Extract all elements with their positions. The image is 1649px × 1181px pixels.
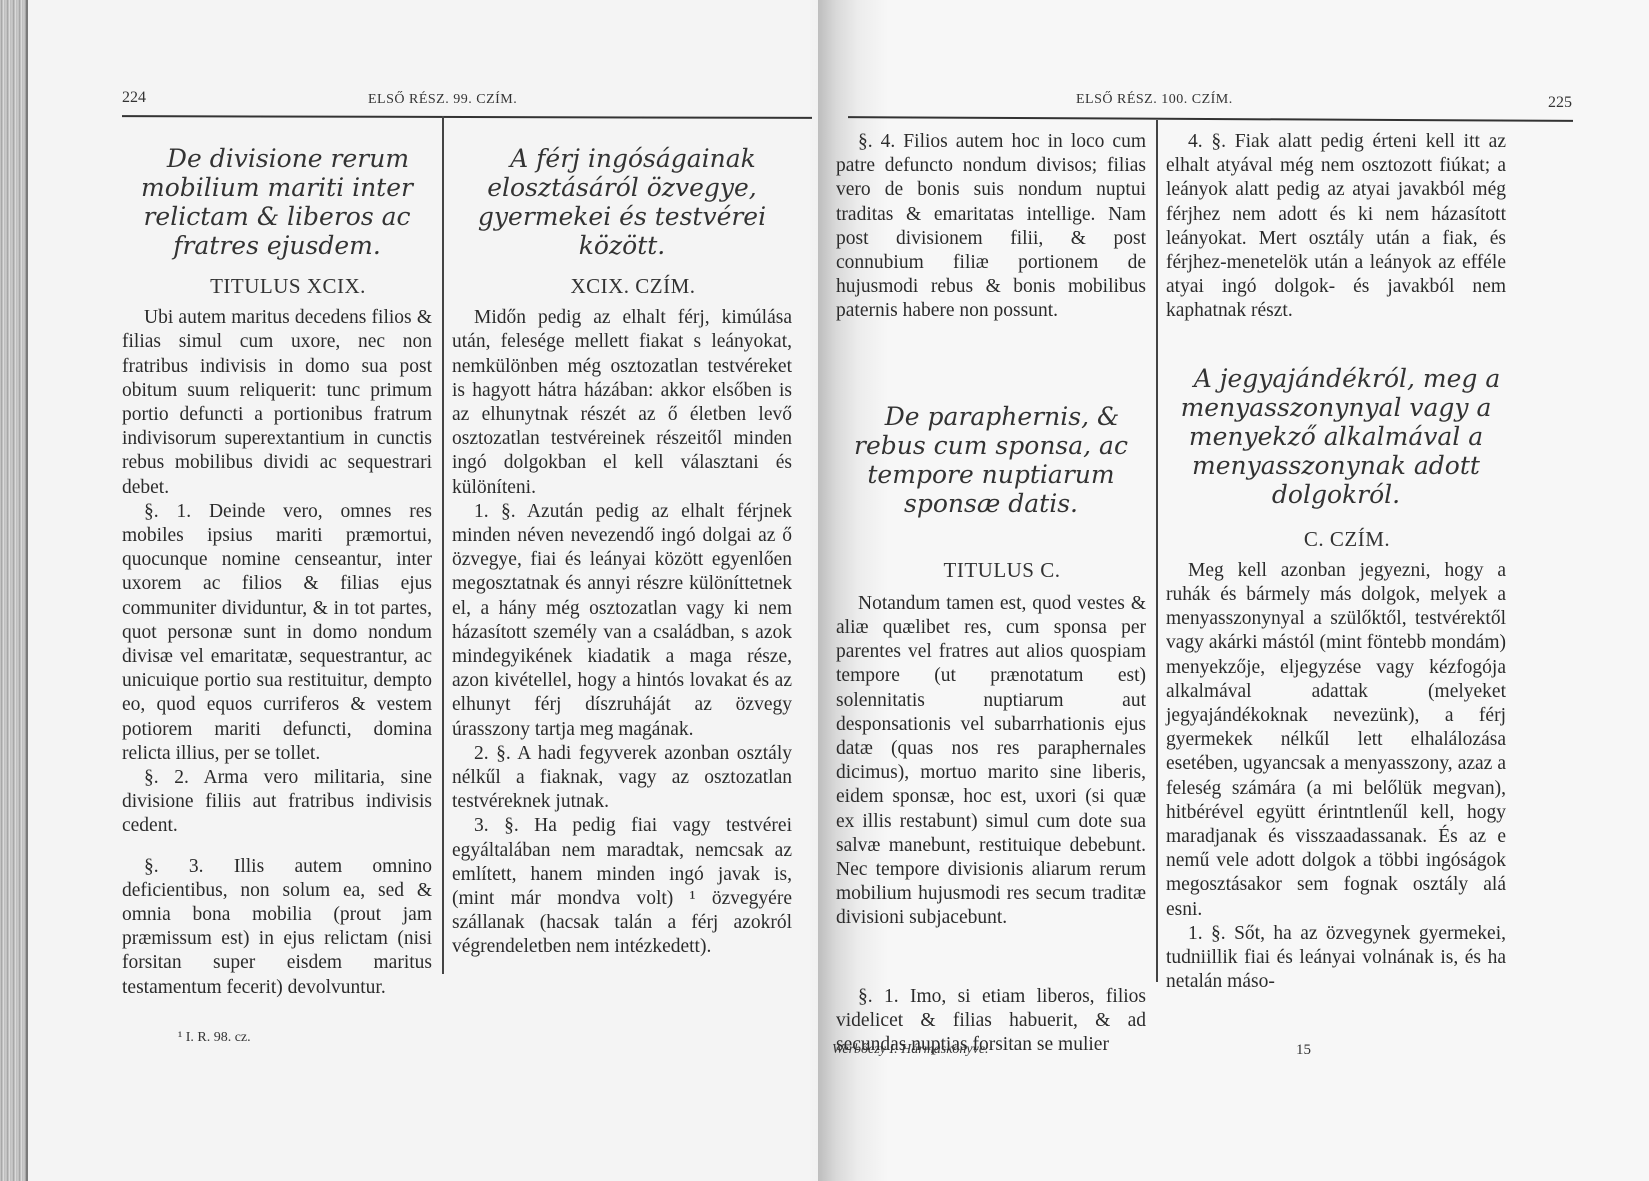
paragraph: §. 1. Deinde vero, omnes res mobiles ips… [122, 500, 432, 766]
czim-label: C. CZÍM. [1166, 527, 1506, 551]
paragraph: 3. §. Ha pedig fiai vagy testvérei egyál… [452, 814, 792, 959]
czim-label: XCIX. CZÍM. [452, 274, 792, 298]
paragraph: 1. §. Azután pedig az elhalt férjnek min… [452, 500, 792, 742]
page-number-left: 224 [122, 89, 146, 107]
hungarian-column-right: 4. §. Fiak alatt pedig érteni kell itt a… [1166, 130, 1506, 994]
paragraph: §. 2. Arma vero militaria, sine division… [122, 766, 432, 839]
paragraph: Meg kell azonban jegyezni, hogy a ruhák … [1166, 559, 1506, 922]
section-heading-latin: De divisione rerum mobilium mariti inter… [122, 144, 432, 260]
paragraph: 2. §. A hadi fegyverek azonban osztály n… [452, 742, 792, 815]
paragraph: §. 3. Illis autem omnino deficientibus, … [122, 855, 432, 1000]
paragraph: Ubi autem maritus decedens filios & fili… [122, 306, 432, 500]
header-rule-right [848, 116, 1573, 121]
paragraph: Notandum tamen est, quod vestes & aliæ q… [836, 592, 1146, 931]
footer-signature: Werbőczy I. Hármaskönyve. [832, 1042, 989, 1058]
paragraph: 1. §. Sőt, ha az özvegynek gyermekei, tu… [1166, 922, 1506, 995]
paragraph: Midőn pedig az elhalt férj, kimúlása utá… [452, 306, 792, 500]
signature-number: 15 [1296, 1042, 1311, 1059]
book-page-edges [0, 0, 28, 1181]
titulus-label: TITULUS C. [836, 558, 1146, 582]
hungarian-column-left: A férj ingóságainak elosztásáról özvegye… [452, 144, 792, 960]
paragraph: 4. §. Fiak alatt pedig érteni kell itt a… [1166, 130, 1506, 324]
running-head-right: ELSŐ RÉSZ. 100. CZÍM. [1076, 92, 1233, 108]
section-heading-latin: De paraphernis, & rebus cum sponsa, ac t… [836, 402, 1146, 518]
titulus-label: TITULUS XCIX. [122, 274, 432, 298]
page-number-right: 225 [1548, 94, 1572, 112]
section-heading-hungarian: A jegyajándékról, meg a menyasszonynyal … [1166, 364, 1506, 509]
column-divider-right [1156, 120, 1158, 982]
header-rule-left [122, 115, 812, 118]
latin-column-left: De divisione rerum mobilium mariti inter… [122, 144, 432, 1000]
latin-column-right: §. 4. Filios autem hoc in loco cum patre… [836, 130, 1146, 1057]
footnote: ¹ I. R. 98. cz. [178, 1030, 251, 1046]
running-head-left: ELSŐ RÉSZ. 99. CZÍM. [368, 92, 517, 108]
right-page: ELSŐ RÉSZ. 100. CZÍM. 225 §. 4. Filios a… [818, 0, 1649, 1181]
paragraph: §. 4. Filios autem hoc in loco cum patre… [836, 130, 1146, 324]
section-heading-hungarian: A férj ingóságainak elosztásáról özvegye… [452, 144, 792, 260]
column-divider-left [442, 116, 444, 974]
left-page: 224 ELSŐ RÉSZ. 99. CZÍM. De divisione re… [28, 0, 818, 1181]
